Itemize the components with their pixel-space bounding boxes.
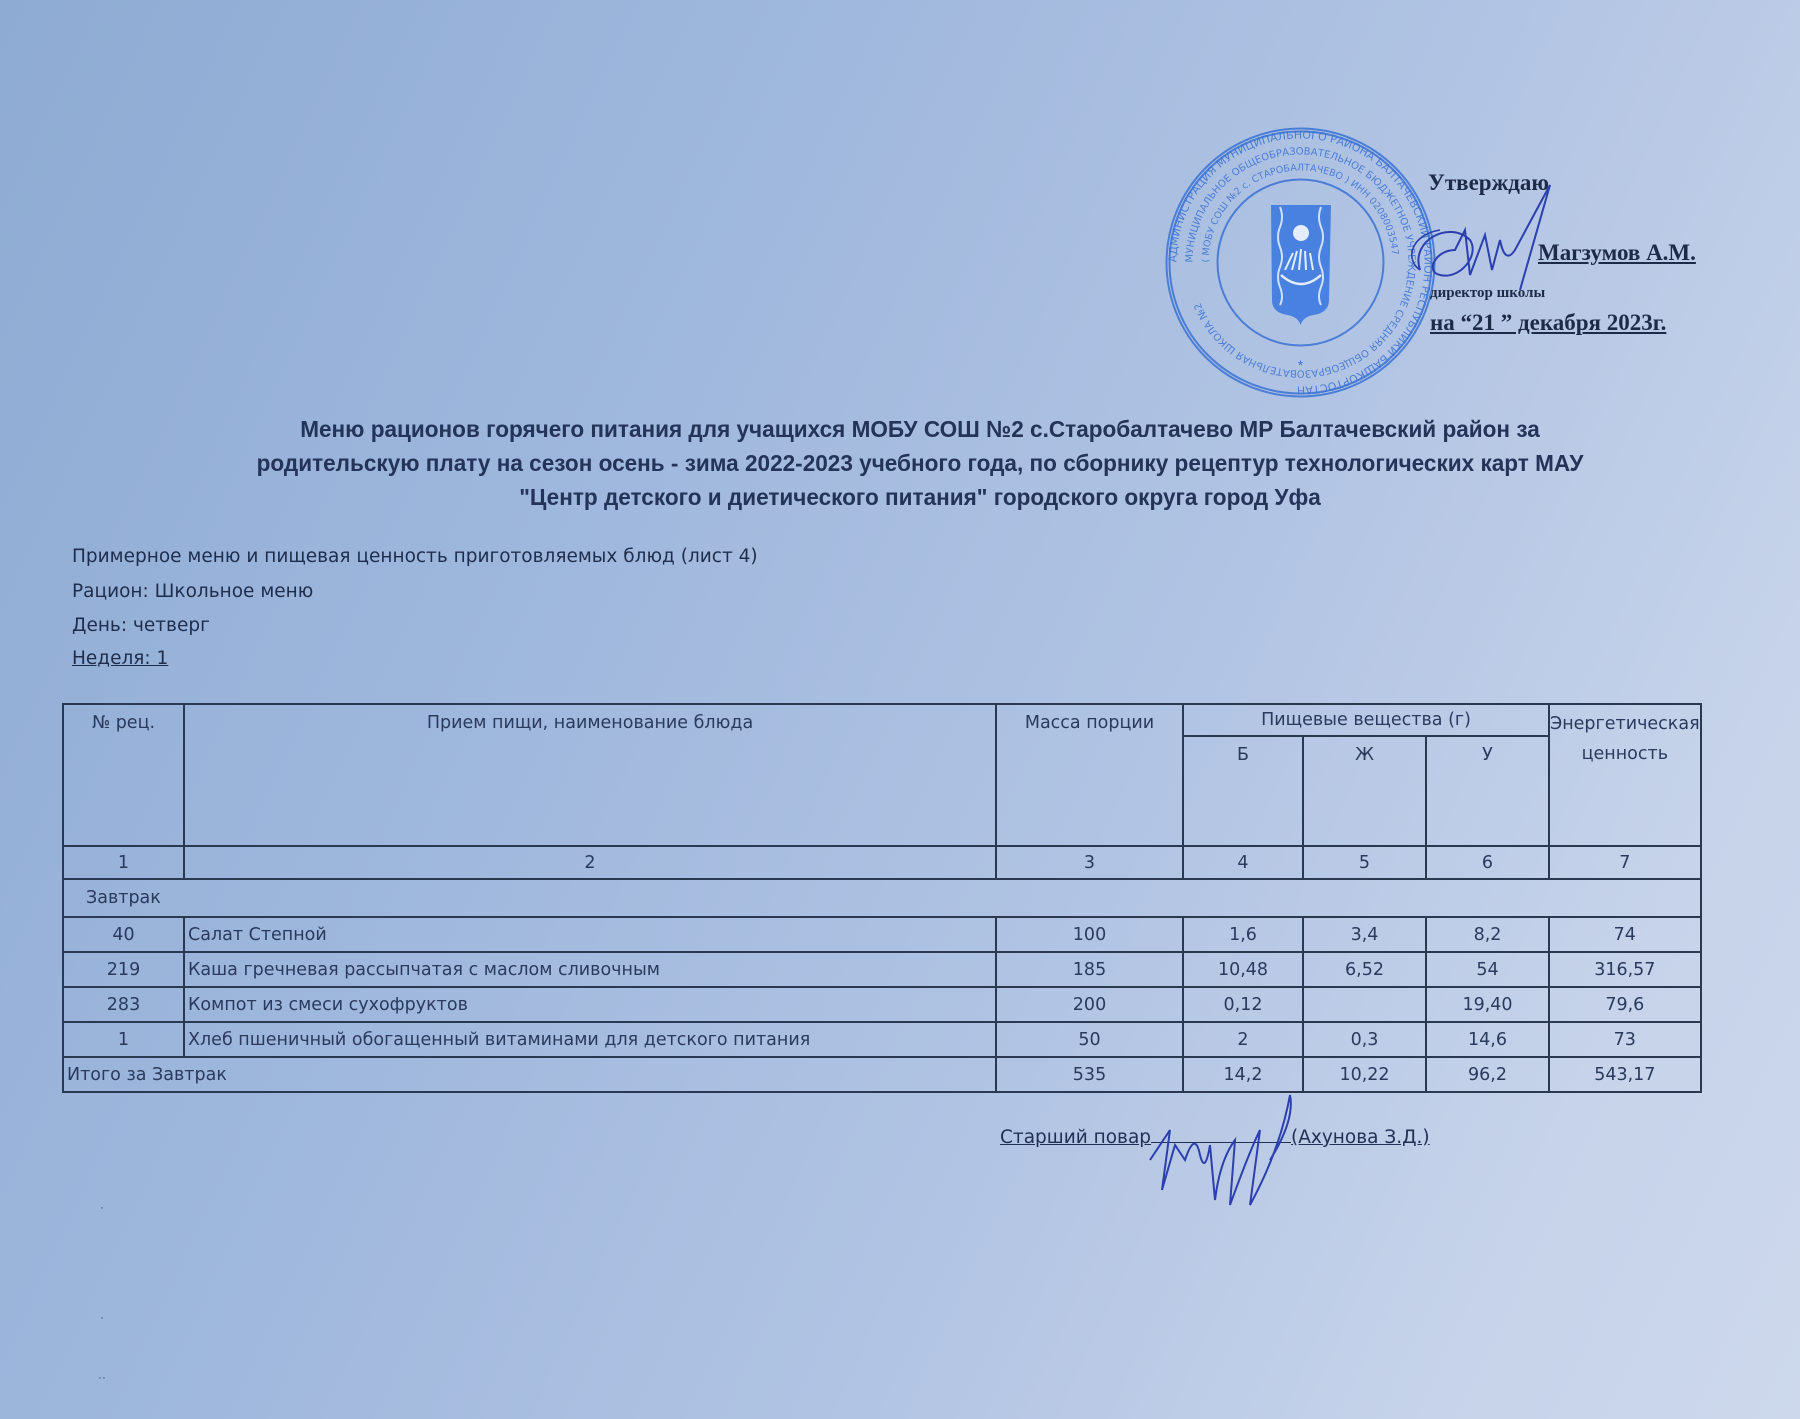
header-mass: Масса порции — [996, 704, 1183, 846]
document-title: Меню рационов горячего питания для учащи… — [123, 412, 1717, 514]
cell-fat — [1303, 987, 1426, 1022]
total-label: Итого за Завтрак — [63, 1057, 996, 1092]
column-number: 3 — [996, 846, 1183, 879]
paper-mark: · — [100, 1310, 104, 1324]
cell-mass: 100 — [996, 917, 1183, 952]
director-role: директор школы — [1430, 285, 1545, 302]
cell-dish: Каша гречневая рассыпчатая с маслом слив… — [184, 952, 996, 987]
total-energy: 543,17 — [1549, 1057, 1701, 1092]
cell-recipe-no: 283 — [63, 987, 184, 1022]
cell-protein: 2 — [1183, 1022, 1303, 1057]
ration-label: Рацион: Школьное меню — [72, 581, 313, 602]
cell-carbs: 14,6 — [1426, 1022, 1549, 1057]
table-row: 40 Салат Степной 100 1,6 3,4 8,2 74 — [63, 917, 1701, 952]
day-label: День: четверг — [72, 615, 210, 636]
cook-signature-icon — [1140, 1090, 1340, 1210]
header-nutrients: Пищевые вещества (г) — [1183, 704, 1549, 736]
paper-mark: · — [100, 1200, 104, 1214]
column-number: 1 — [63, 846, 184, 879]
total-mass: 535 — [996, 1057, 1183, 1092]
column-number: 2 — [184, 846, 996, 879]
menu-table: № рец. Прием пищи, наименование блюда Ма… — [62, 703, 1702, 1093]
cell-recipe-no: 1 — [63, 1022, 184, 1057]
table-row: 1 Хлеб пшеничный обогащенный витаминами … — [63, 1022, 1701, 1057]
cell-mass: 185 — [996, 952, 1183, 987]
title-line: родительскую плату на сезон осень - зима… — [123, 446, 1717, 480]
cell-protein: 0,12 — [1183, 987, 1303, 1022]
column-number: 5 — [1303, 846, 1426, 879]
sheet-description: Примерное меню и пищевая ценность пригот… — [72, 546, 758, 567]
column-number: 6 — [1426, 846, 1549, 879]
table-row: 219 Каша гречневая рассыпчатая с маслом … — [63, 952, 1701, 987]
cell-fat: 6,52 — [1303, 952, 1426, 987]
header-recipe-no: № рец. — [63, 704, 184, 846]
official-stamp-icon: АДМИНИСТРАЦИЯ МУНИЦИПАЛЬНОГО РАЙОНА БАЛТ… — [1163, 125, 1438, 400]
total-carbs: 96,2 — [1426, 1057, 1549, 1092]
section-label: Завтрак — [63, 879, 1701, 917]
total-protein: 14,2 — [1183, 1057, 1303, 1092]
cell-mass: 50 — [996, 1022, 1183, 1057]
paper-mark: ·· — [98, 1370, 106, 1384]
cell-energy: 79,6 — [1549, 987, 1701, 1022]
week-label: Неделя: 1 — [72, 648, 168, 669]
title-line: "Центр детского и диетического питания" … — [123, 480, 1717, 514]
cell-fat: 0,3 — [1303, 1022, 1426, 1057]
table-row: 283 Компот из смеси сухофруктов 200 0,12… — [63, 987, 1701, 1022]
svg-text:*: * — [1298, 357, 1304, 373]
column-number: 4 — [1183, 846, 1303, 879]
header-dish: Прием пищи, наименование блюда — [184, 704, 996, 846]
cell-energy: 316,57 — [1549, 952, 1701, 987]
section-row: Завтрак — [63, 879, 1701, 917]
header-fat: Ж — [1303, 736, 1426, 846]
cell-carbs: 8,2 — [1426, 917, 1549, 952]
cell-fat: 3,4 — [1303, 917, 1426, 952]
total-fat: 10,22 — [1303, 1057, 1426, 1092]
column-number: 7 — [1549, 846, 1701, 879]
cell-dish: Хлеб пшеничный обогащенный витаминами дл… — [184, 1022, 996, 1057]
cell-protein: 1,6 — [1183, 917, 1303, 952]
header-energy: Энергетическая ценность — [1549, 704, 1701, 846]
cell-recipe-no: 40 — [63, 917, 184, 952]
cell-energy: 74 — [1549, 917, 1701, 952]
cell-recipe-no: 219 — [63, 952, 184, 987]
director-name: Магзумов А.М. — [1538, 240, 1696, 266]
cell-dish: Салат Степной — [184, 917, 996, 952]
header-row: № рец. Прием пищи, наименование блюда Ма… — [63, 704, 1701, 736]
cell-carbs: 54 — [1426, 952, 1549, 987]
header-carbs: У — [1426, 736, 1549, 846]
header-protein: Б — [1183, 736, 1303, 846]
cell-energy: 73 — [1549, 1022, 1701, 1057]
cell-dish: Компот из смеси сухофруктов — [184, 987, 996, 1022]
cell-mass: 200 — [996, 987, 1183, 1022]
cell-protein: 10,48 — [1183, 952, 1303, 987]
cook-label: Старший повар — [1000, 1127, 1151, 1148]
cell-carbs: 19,40 — [1426, 987, 1549, 1022]
total-row: Итого за Завтрак 535 14,2 10,22 96,2 543… — [63, 1057, 1701, 1092]
approval-date: на “21 ” декабря 2023г. — [1430, 310, 1666, 336]
column-number-row: 1 2 3 4 5 6 7 — [63, 846, 1701, 879]
title-line: Меню рационов горячего питания для учащи… — [123, 412, 1717, 446]
